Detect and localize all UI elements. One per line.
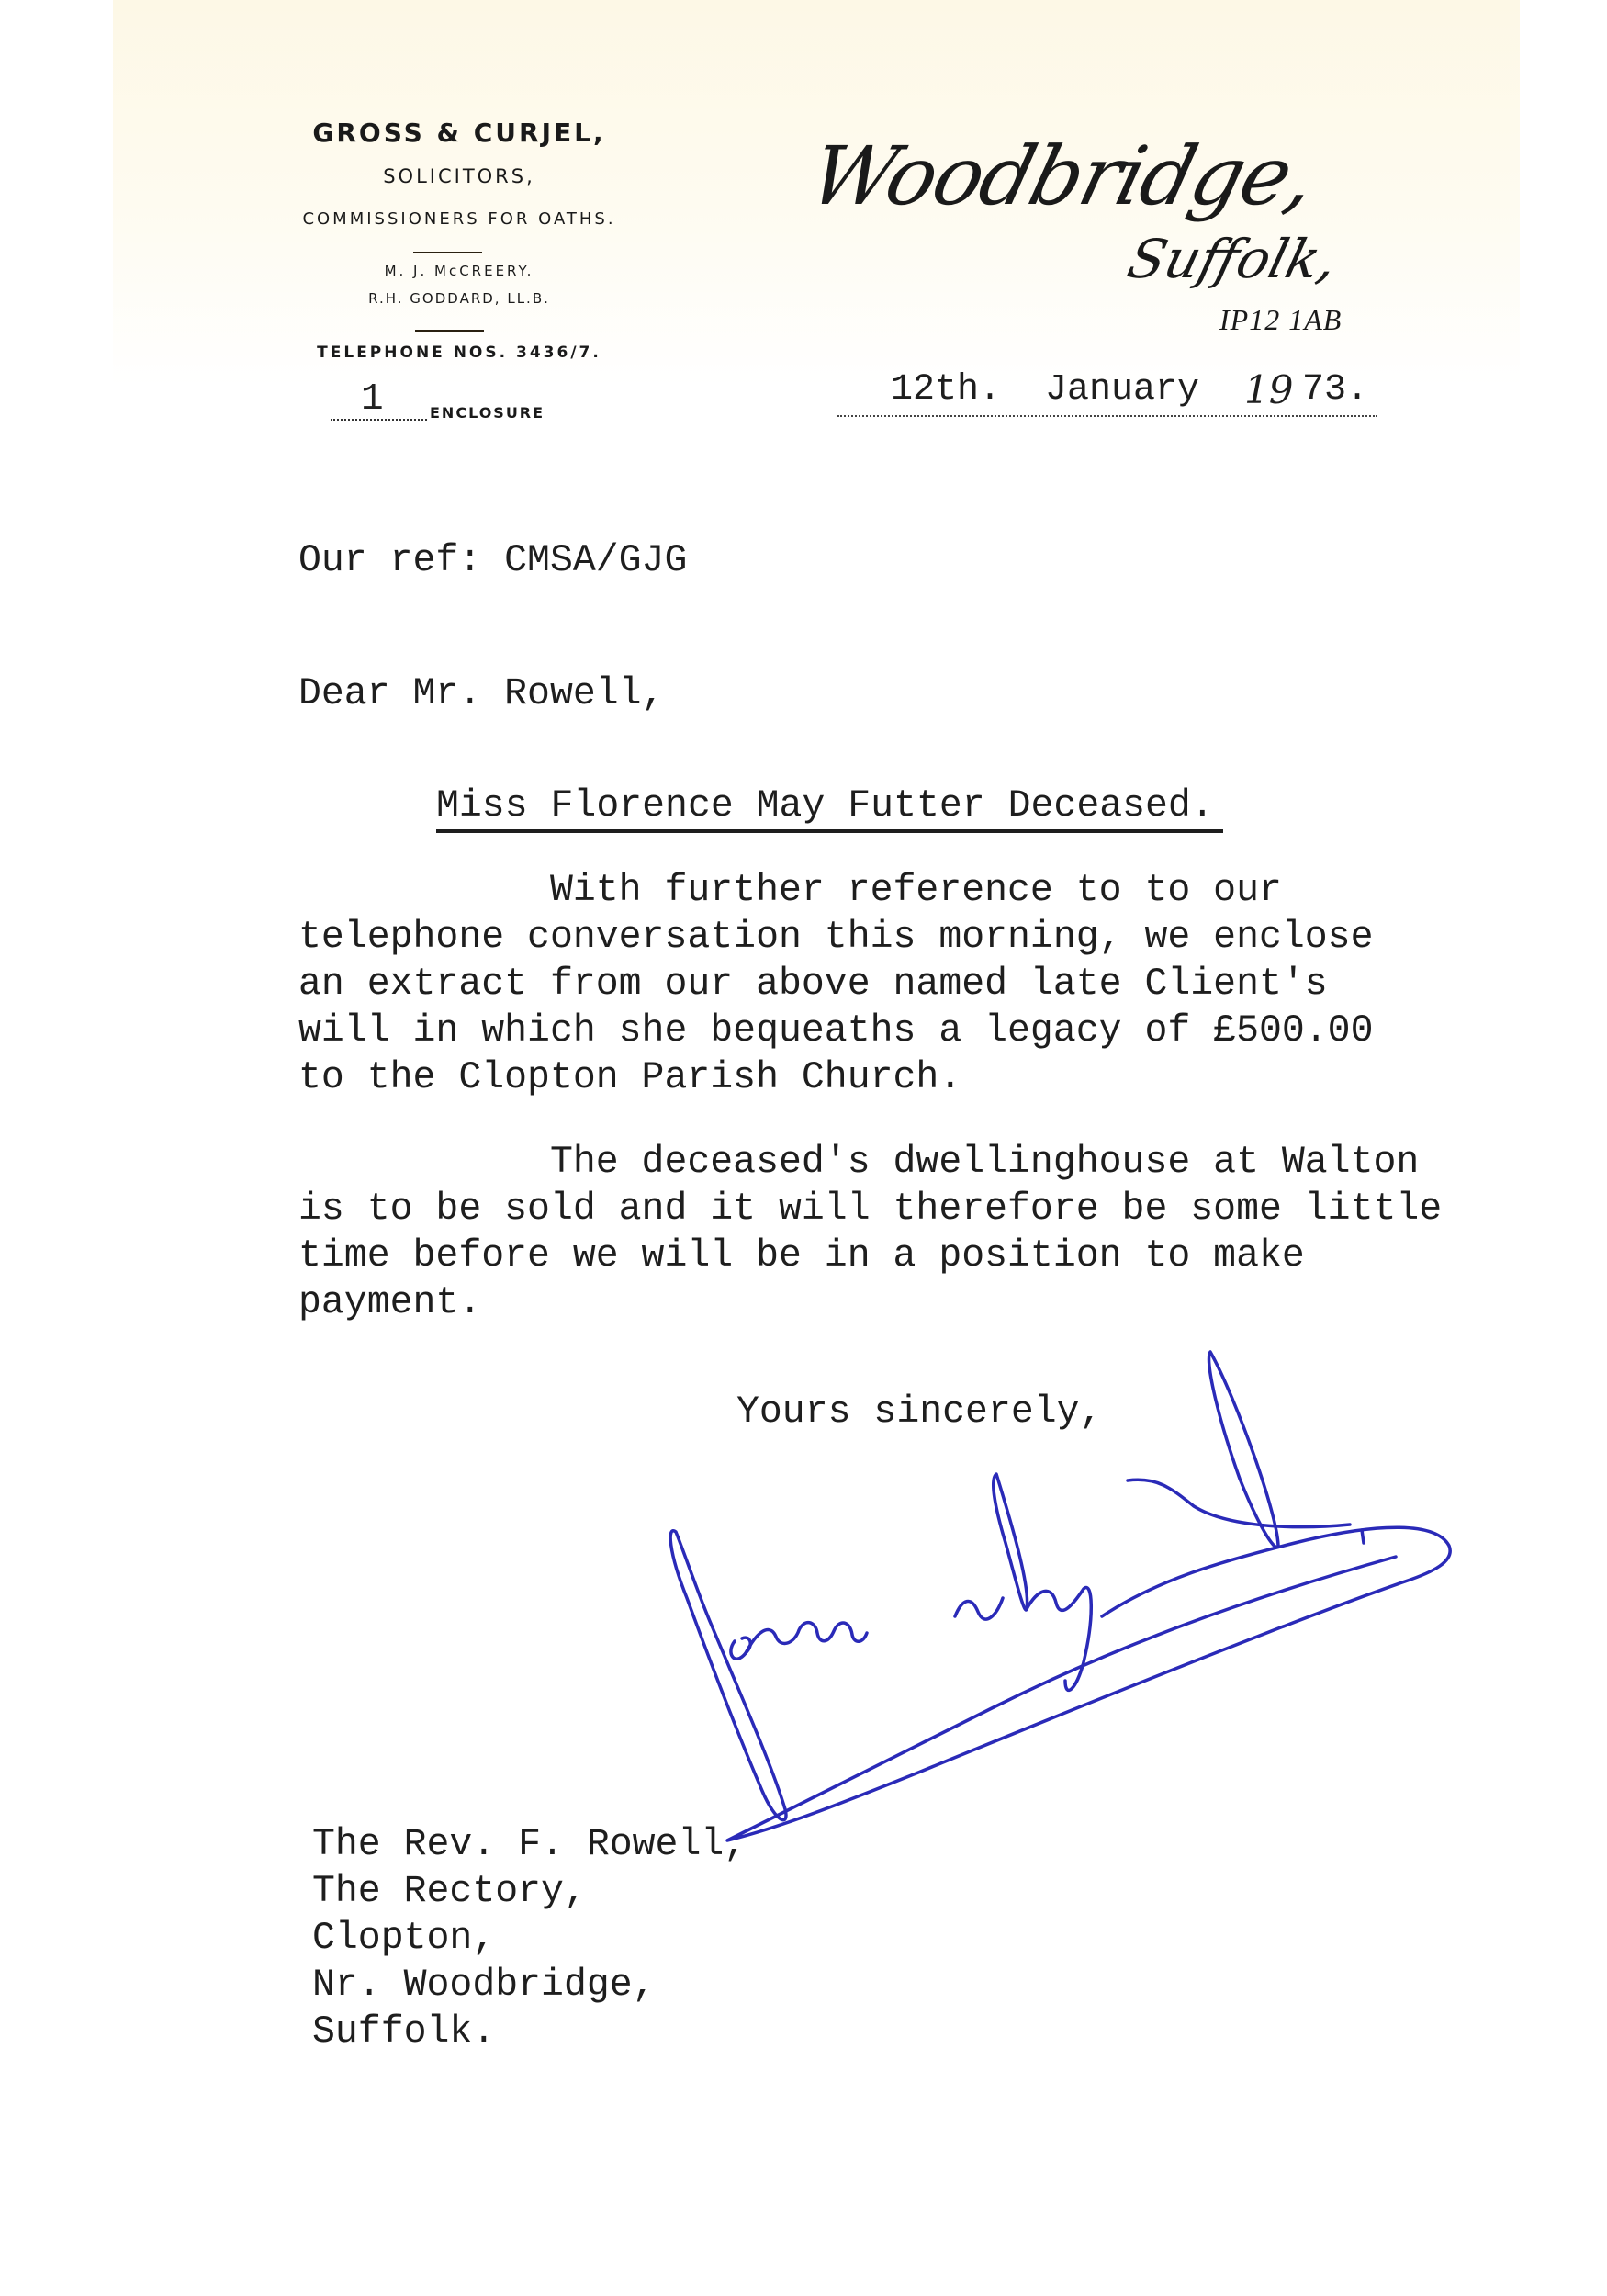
letterhead-postcode: IP12 1AB [1219,303,1342,337]
letterhead-divider [415,330,484,332]
letterhead-divider [413,252,482,253]
date-dotted-line [837,415,1377,417]
telephone-numbers: TELEPHONE NOS. 3436/7. [266,343,652,362]
date-day-month: 12th. January [891,369,1221,411]
body-paragraph: The deceased's dwellinghouse at Walton i… [298,1139,1442,1326]
recipient-address: The Rev. F. Rowell, The Rectory, Clopton… [312,1821,747,2055]
partner-name: M. J. McCREERY. [257,263,661,279]
date-year-printed: 19 [1244,367,1293,412]
reference: Our ref: CMSA/GJG [298,537,687,584]
enclosure-count: 1 [361,378,384,421]
subject-line: Miss Florence May Futter Deceased. [436,782,1214,829]
firm-commission: COMMISSIONERS FOR OATHS. [248,209,670,229]
subject-underline [436,829,1223,833]
letterhead-county: Suffolk, [1122,228,1344,290]
closing: Yours sincerely, [736,1389,1102,1435]
partner-name: R.H. GODDARD, LL.B. [257,290,661,307]
salutation: Dear Mr. Rowell, [298,670,664,717]
firm-profession: SOLICITORS, [257,165,661,187]
body-paragraph: With further reference to to our telepho… [298,867,1374,1101]
firm-name: GROSS & CURJEL, [257,118,661,148]
date-year-typed: 73. [1302,369,1368,411]
letterhead-town: Woodbridge, [801,129,1324,223]
enclosure-label: ENCLOSURE [430,404,545,422]
